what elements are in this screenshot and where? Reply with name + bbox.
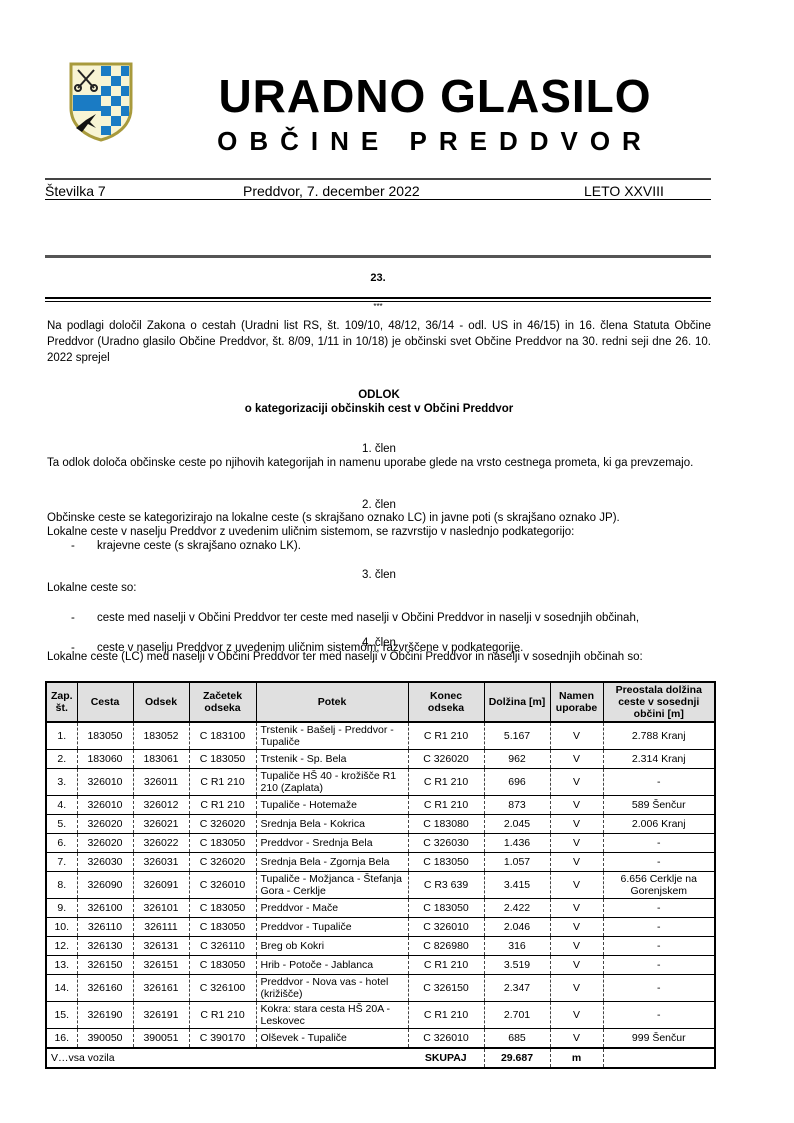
table-cell: C 826980 [408,937,484,956]
table-cell: 326101 [133,899,189,918]
table-cell: Preddvor - Mače [256,899,408,918]
municipality-crest [68,62,134,142]
table-cell: Tupaliče - Hotemaže [256,796,408,815]
table-cell: 12. [46,937,77,956]
table-cell: V [550,853,603,872]
table-cell: 326022 [133,834,189,853]
table-cell: 5. [46,815,77,834]
table-row: 1.183050183052C 183100Trstenik - Bašelj … [46,722,715,750]
table-cell: 2.006 Kranj [603,815,715,834]
table-cell: C 326150 [408,975,484,1002]
clen-3-bullet: ceste med naselji v Občini Preddvor ter … [47,610,761,626]
table-row: 12.326130326131C 326110Breg ob KokriC 82… [46,937,715,956]
legend-cell: V…vsa vozila [46,1048,408,1068]
total-unit: m [550,1048,603,1068]
divider [45,199,711,200]
table-cell: 873 [484,796,550,815]
table-header-row: Zap. št.CestaOdsekZačetek odsekaPotekKon… [46,682,715,722]
column-header: Cesta [77,682,133,722]
issue-date: Preddvor, 7. december 2022 [243,182,420,200]
table-cell: V [550,1029,603,1049]
table-cell: V [550,956,603,975]
table-cell: 16. [46,1029,77,1049]
table-cell: C R1 210 [408,769,484,796]
table-row: 7.326030326031C 326020Srednja Bela - Zgo… [46,853,715,872]
table-cell: 326012 [133,796,189,815]
table-cell: Trstenik - Sp. Bela [256,750,408,769]
total-value: 29.687 [484,1048,550,1068]
table-cell: C 326020 [189,853,256,872]
issue-number: Številka 7 [45,182,106,200]
table-cell: - [603,937,715,956]
table-cell: 326031 [133,853,189,872]
table-cell: 685 [484,1029,550,1049]
table-cell: V [550,815,603,834]
table-cell: V [550,975,603,1002]
table-cell: Preddvor - Srednja Bela [256,834,408,853]
table-cell: C R1 210 [408,1002,484,1029]
table-cell: - [603,834,715,853]
table-cell: - [603,853,715,872]
table-cell: 326131 [133,937,189,956]
table-cell: 326130 [77,937,133,956]
table-cell: C 183050 [189,834,256,853]
separator: *** [45,302,711,311]
table-cell: C 183050 [189,899,256,918]
table-cell: 10. [46,918,77,937]
table-cell: Breg ob Kokri [256,937,408,956]
table-cell: Preddvor - Tupaliče [256,918,408,937]
table-cell: Tupaliče - Možjanca - Štefanja Gora - Ce… [256,872,408,899]
table-cell: 3.519 [484,956,550,975]
table-cell: 183061 [133,750,189,769]
table-row: 10.326110326111C 183050Preddvor - Tupali… [46,918,715,937]
table-cell: 7. [46,853,77,872]
table-cell: C R1 210 [189,796,256,815]
table-cell: C 183050 [408,899,484,918]
article-number: 23. [45,272,711,284]
table-row: 16.390050390051C 390170Olševek - Tupalič… [46,1029,715,1049]
table-cell: C 326020 [408,750,484,769]
table-cell: - [603,956,715,975]
table-cell: C 326010 [189,872,256,899]
table-cell: Srednja Bela - Kokrica [256,815,408,834]
table-cell: C 183050 [189,956,256,975]
table-cell: 326191 [133,1002,189,1029]
table-cell: 589 Šenčur [603,796,715,815]
total-label: SKUPAJ [408,1048,484,1068]
table-cell: 326151 [133,956,189,975]
table-cell: Trstenik - Bašelj - Preddvor - Tupaliče [256,722,408,750]
table-cell: C 326010 [408,1029,484,1049]
table-cell: Hrib - Potoče - Jablanca [256,956,408,975]
table-cell: 9. [46,899,77,918]
table-cell: C 183050 [189,750,256,769]
divider [45,255,711,258]
column-header: Zap. št. [46,682,77,722]
table-cell: V [550,769,603,796]
table-cell: 2.422 [484,899,550,918]
table-cell: 2.347 [484,975,550,1002]
table-row: 8.326090326091C 326010Tupaliče - Možjanc… [46,872,715,899]
table-cell: 4. [46,796,77,815]
table-cell: Tupaliče HŠ 40 - krožišče R1 210 (Zaplat… [256,769,408,796]
table-cell: 390050 [77,1029,133,1049]
table-cell: 326010 [77,769,133,796]
table-cell: 14. [46,975,77,1002]
table-cell: C 183050 [408,853,484,872]
table-cell: 3. [46,769,77,796]
masthead-subtitle: OBČINE PREDDVOR [160,124,710,158]
table-cell: 326190 [77,1002,133,1029]
table-cell: C R3 639 [408,872,484,899]
table-cell: 6. [46,834,77,853]
issue-year: LETO XXVIII [584,182,664,200]
table-cell: 15. [46,1002,77,1029]
table-cell: 1. [46,722,77,750]
table-cell: 1.436 [484,834,550,853]
table-cell: - [603,899,715,918]
table-total-row: V…vsa vozilaSKUPAJ29.687m [46,1048,715,1068]
table-cell: C R1 210 [189,769,256,796]
table-cell: 2.701 [484,1002,550,1029]
table-cell: 183052 [133,722,189,750]
table-cell: V [550,750,603,769]
table-cell: - [603,1002,715,1029]
table-cell: C R1 210 [408,956,484,975]
table-row: 3.326010326011C R1 210Tupaliče HŠ 40 - k… [46,769,715,796]
table-cell: Kokra: stara cesta HŠ 20A - Leskovec [256,1002,408,1029]
roads-table: Zap. št.CestaOdsekZačetek odsekaPotekKon… [45,681,716,1069]
table-cell: C R1 210 [408,722,484,750]
table-cell: 326150 [77,956,133,975]
column-header: Dolžina [m] [484,682,550,722]
table-cell: 696 [484,769,550,796]
table-cell: V [550,872,603,899]
clen-1-text: Ta odlok določa občinske ceste po njihov… [47,455,711,471]
preamble: Na podlagi določil Zakona o cestah (Urad… [47,318,711,366]
table-row: 2.183060183061C 183050Trstenik - Sp. Bel… [46,750,715,769]
masthead-title: URADNO GLASILO [160,70,710,122]
table-cell: 2.788 Kranj [603,722,715,750]
table-cell: C R1 210 [189,1002,256,1029]
table-row: 6.326020326022C 183050Preddvor - Srednja… [46,834,715,853]
table-cell: V [550,918,603,937]
decree-subtitle: o kategorizaciji občinskih cest v Občini… [47,401,711,417]
table-cell: 326010 [77,796,133,815]
table-row: 15.326190326191C R1 210Kokra: stara cest… [46,1002,715,1029]
column-header: Potek [256,682,408,722]
table-cell: V [550,834,603,853]
divider [45,178,711,180]
table-cell: 326110 [77,918,133,937]
table-cell: V [550,796,603,815]
table-cell: V [550,937,603,956]
table-cell: 326091 [133,872,189,899]
table-cell: C R1 210 [408,796,484,815]
column-header: Preostala dolžina ceste v sosednji občin… [603,682,715,722]
table-cell: - [603,769,715,796]
table-row: 13.326150326151C 183050Hrib - Potoče - J… [46,956,715,975]
column-header: Namen uporabe [550,682,603,722]
table-cell: C 326100 [189,975,256,1002]
empty-cell [603,1048,715,1068]
table-cell: V [550,899,603,918]
table-row: 14.326160326161C 326100Preddvor - Nova v… [46,975,715,1002]
table-cell: C 326020 [189,815,256,834]
table-cell: 3.415 [484,872,550,899]
table-row: 5.326020326021C 326020Srednja Bela - Kok… [46,815,715,834]
table-cell: 326111 [133,918,189,937]
table-cell: 326090 [77,872,133,899]
table-row: 4.326010326012C R1 210Tupaliče - Hotemaž… [46,796,715,815]
table-cell: Olševek - Tupaliče [256,1029,408,1049]
table-cell: - [603,975,715,1002]
clen-3-intro: Lokalne ceste so: [47,580,711,596]
table-cell: 326020 [77,815,133,834]
table-cell: 183060 [77,750,133,769]
table-cell: Srednja Bela - Zgornja Bela [256,853,408,872]
table-cell: 390051 [133,1029,189,1049]
table-cell: 6.656 Cerklje na Gorenjskem [603,872,715,899]
table-cell: 8. [46,872,77,899]
table-cell: 326161 [133,975,189,1002]
column-header: Odsek [133,682,189,722]
column-header: Konec odseka [408,682,484,722]
table-cell: 183050 [77,722,133,750]
table-cell: C 183050 [189,918,256,937]
table-cell: C 183100 [189,722,256,750]
table-cell: 13. [46,956,77,975]
table-cell: 326160 [77,975,133,1002]
table-cell: C 326010 [408,918,484,937]
table-cell: 326011 [133,769,189,796]
table-cell: 2.314 Kranj [603,750,715,769]
divider [45,297,711,299]
table-cell: - [603,918,715,937]
table-cell: 2.045 [484,815,550,834]
column-header: Začetek odseka [189,682,256,722]
table-cell: C 183080 [408,815,484,834]
table-cell: 326100 [77,899,133,918]
table-cell: 316 [484,937,550,956]
clen-2-bullet: krajevne ceste (s skrajšano oznako LK). [47,538,761,554]
table-cell: 962 [484,750,550,769]
table-cell: C 326110 [189,937,256,956]
table-cell: 2. [46,750,77,769]
table-row: 9.326100326101C 183050Preddvor - MačeC 1… [46,899,715,918]
table-cell: C 390170 [189,1029,256,1049]
table-cell: C 326030 [408,834,484,853]
clen-4-intro: Lokalne ceste (LC) med naselji v Občini … [47,649,711,665]
table-cell: V [550,722,603,750]
table-cell: 5.167 [484,722,550,750]
table-cell: 326030 [77,853,133,872]
table-cell: 326021 [133,815,189,834]
table-cell: V [550,1002,603,1029]
table-cell: 2.046 [484,918,550,937]
table-cell: 326020 [77,834,133,853]
table-cell: Preddvor - Nova vas - hotel (križišče) [256,975,408,1002]
table-cell: 1.057 [484,853,550,872]
table-cell: 999 Šenčur [603,1029,715,1049]
